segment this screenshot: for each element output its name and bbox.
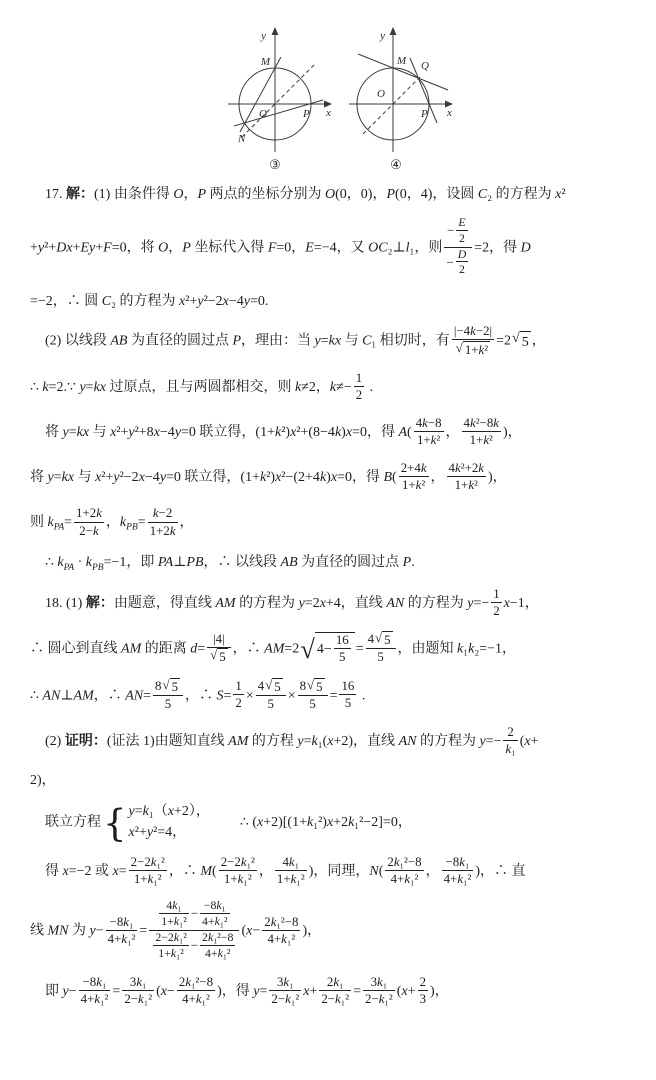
text-line: 联立方程{y=k₁（x+2），x²+y²=4， ∴ (x+2)[(1+k₁²)x… (30, 803, 636, 843)
axis-label-x: x (325, 107, 331, 119)
point-label-O: O (377, 88, 385, 100)
y-arrow-icon (272, 27, 279, 35)
text-line: 即 y−−8k₁4+k₁²=3k₁2−k₁²(x−2k₁²−84+k₁²)，得 … (30, 975, 636, 1008)
point-label-O: O (259, 108, 267, 120)
y-arrow-icon (390, 27, 397, 35)
figure-circle-3: y x M O P N ③ (220, 26, 335, 174)
point-label-M: M (396, 55, 407, 67)
point-label-P: P (420, 108, 428, 120)
point-label-M: M (260, 56, 271, 68)
text-line: ∴ k=2.∵ y=kx 过原点，且与两圆都相交，则 k≠2，k≠−12 . (30, 371, 636, 404)
point-label-N: N (237, 133, 246, 145)
solution-text: 17. 解：(1) 由条件得 O，P 两点的坐标分别为 O(0，0)，P(0，4… (0, 174, 656, 1008)
axis-label-y: y (260, 30, 266, 42)
text-line: 18. (1) 解：由题意，得直线 AM 的方程为 y=2x+4，直线 AN 的… (30, 587, 636, 620)
text-line: =−2，∴ 圆 C₂ 的方程为 x²+y²−2x−4y=0. (30, 291, 636, 312)
text-line: 则 kPA=1+2k2−k，kPB=k−21+2k， (30, 506, 636, 539)
text-line: 17. 解：(1) 由条件得 O，P 两点的坐标分别为 O(0，0)，P(0，4… (30, 184, 636, 205)
figure-caption-3: ③ (269, 157, 281, 172)
text-line: +y²+Dx+Ey+F=0，将 O，P 坐标代入得 F=0，E=−4，又 OC₂… (30, 217, 636, 279)
figure-caption-4: ④ (390, 157, 402, 172)
figure-row: y x M O P N ③ y x M Q O P ④ (10, 0, 656, 174)
text-line: ∴ 圆心到直线 AM 的距离 d=|4|√5，∴ AM=2√4−165=4√55… (30, 632, 636, 667)
axis-label-x: x (446, 107, 452, 119)
text-line: (2) 证明：(证法 1)由题知直线 AM 的方程 y=k₁(x+2)，直线 A… (30, 725, 636, 758)
axis-label-y: y (379, 30, 385, 42)
text-line: 2)， (30, 770, 636, 791)
figure-circle-4: y x M Q O P ④ (341, 26, 456, 174)
text-line: 将 y=kx 与 x²+y²+8x−4y=0 联立得，(1+k²)x²+(8−4… (30, 416, 636, 449)
text-line: 线 MN 为 y−−8k₁4+k₁²=4k₁1+k₁²−−8k₁4+k₁²2−2… (30, 900, 636, 962)
point-label-P: P (302, 108, 310, 120)
text-line: (2) 以线段 AB 为直径的圆过点 P，理由：当 y=kx 与 C₁ 相切时，… (30, 324, 636, 359)
text-line: ∴ kPA · kPB=−1，即 PA⊥PB，∴ 以线段 AB 为直径的圆过点 … (30, 552, 636, 575)
text-line: 将 y=kx 与 x²+y²−2x−4y=0 联立得，(1+k²)x²−(2+4… (30, 461, 636, 494)
text-line: 得 x=−2 或 x=2−2k₁²1+k₁²，∴ M(2−2k₁²1+k₁²，4… (30, 855, 636, 888)
text-line: ∴ AN⊥AM，∴ AN=8√55，∴ S=12×4√55×8√55=165 . (30, 679, 636, 714)
dashed-diagonal (363, 77, 420, 134)
point-label-Q: Q (421, 60, 429, 72)
